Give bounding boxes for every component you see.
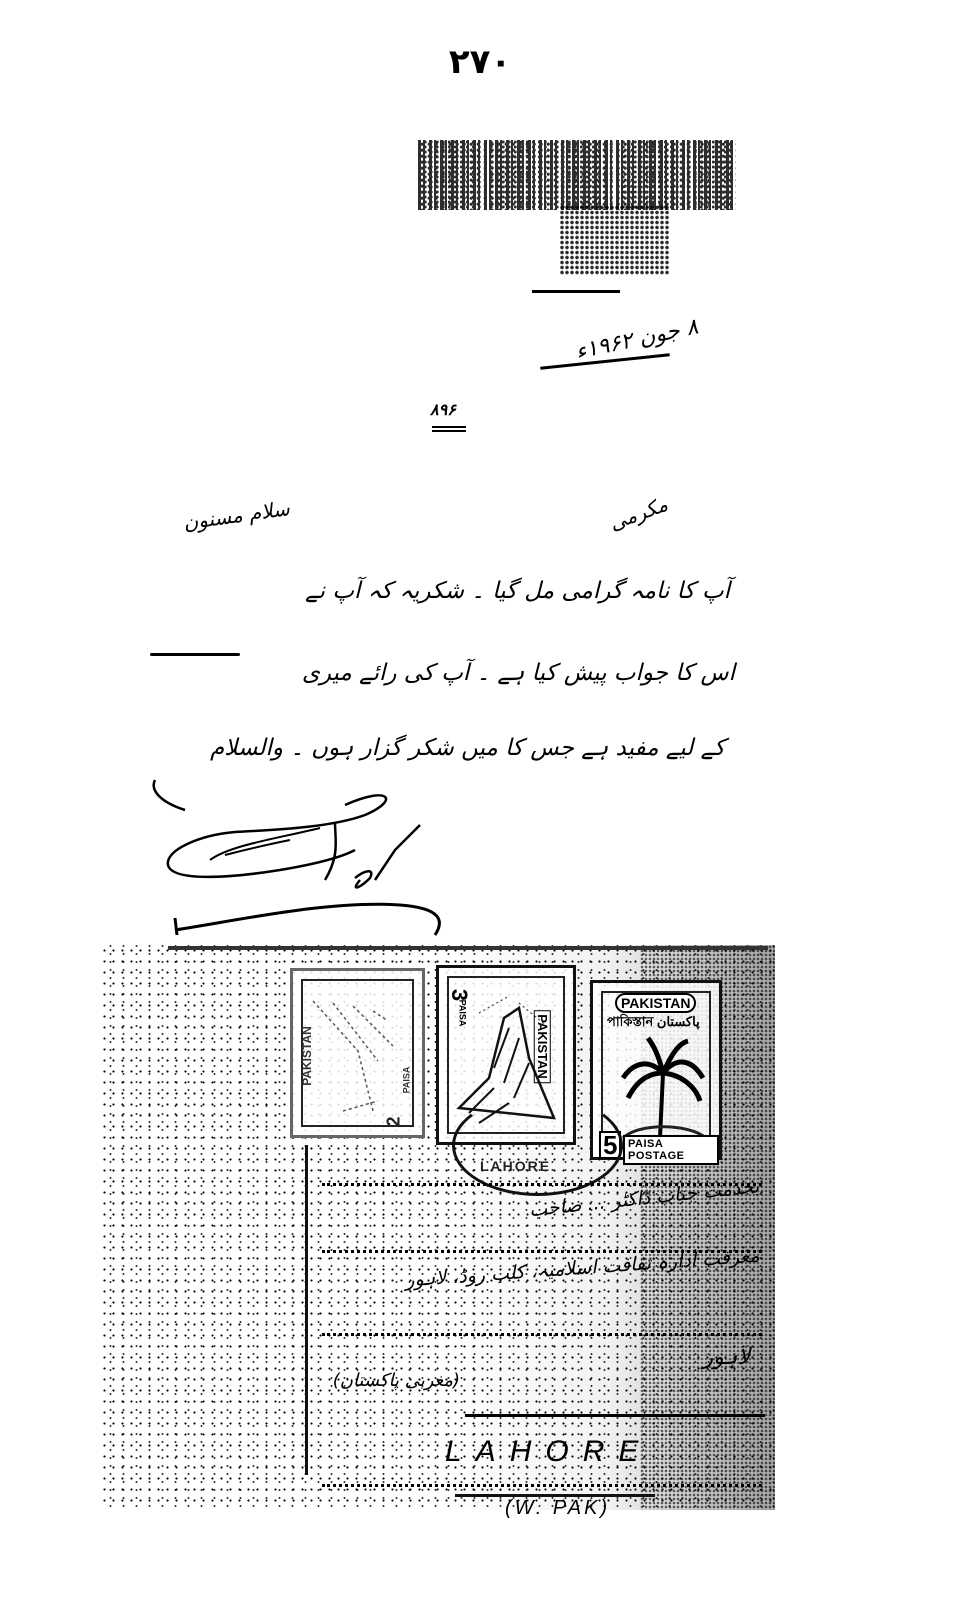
stamp-script-line: পাকিস্তান پاکستان (607, 1013, 700, 1034)
address-underline (465, 1414, 765, 1417)
postmark-text: LAHORE (480, 1158, 551, 1174)
reference-number: ۸۹۶ (430, 400, 480, 419)
address-region-urdu: (مغربی پاکستان) (320, 1370, 460, 1391)
address-region: (W. PAK) (505, 1497, 610, 1520)
address-city-urdu: لاہور (560, 1345, 750, 1370)
salutation-address: مکرمی (559, 492, 671, 552)
postmark-circle (452, 1095, 623, 1196)
palm-tree-icon (618, 1033, 708, 1143)
text-overline-mark (150, 653, 240, 656)
salutation-greeting: سلام مسنون (159, 496, 291, 538)
letterhead-print (418, 140, 736, 210)
handwritten-signature (150, 780, 470, 950)
stamp-unit: PAISA (401, 1067, 411, 1094)
address-dotted-line (322, 1484, 762, 1487)
address-divider-line (305, 1145, 308, 1475)
stamp-country: PAKISTAN (615, 993, 696, 1013)
stamp-unit: PAISA (457, 1000, 467, 1027)
letterhead-rule (532, 290, 620, 293)
page-number: ۲۷۰ (430, 42, 530, 82)
letterhead-subtitle (560, 205, 670, 275)
reference-underline (432, 426, 466, 428)
letter-body-line: کے لیے مفید ہے جس کا میں شکر گزار ہوں ۔ … (135, 735, 725, 761)
stamp-unit: PAISA POSTAGE (623, 1135, 719, 1165)
landscape-engraving-icon (303, 991, 413, 1131)
letter-date: ۸ جون ۱۹۶۲ء (500, 314, 701, 380)
address-city: LAHORE (445, 1435, 652, 1469)
signature-stroke-icon (150, 780, 470, 950)
stamp-value: 2 (384, 1116, 405, 1126)
letter-body-line: اس کا جواب پیش کیا ہے ۔ آپ کی رائے میری (140, 660, 735, 686)
address-dotted-line (322, 1333, 762, 1336)
two-paisa-stamp: PAKISTAN PAISA 2 (290, 968, 425, 1138)
letter-body-line: آپ کا نامہ گرامی مل گیا ۔ شکریہ کہ آپ نے (150, 578, 730, 604)
stamp-country: PAKISTAN (534, 1010, 551, 1083)
stamp-country: PAKISTAN (300, 1026, 314, 1086)
postcard-top-edge (168, 946, 768, 950)
